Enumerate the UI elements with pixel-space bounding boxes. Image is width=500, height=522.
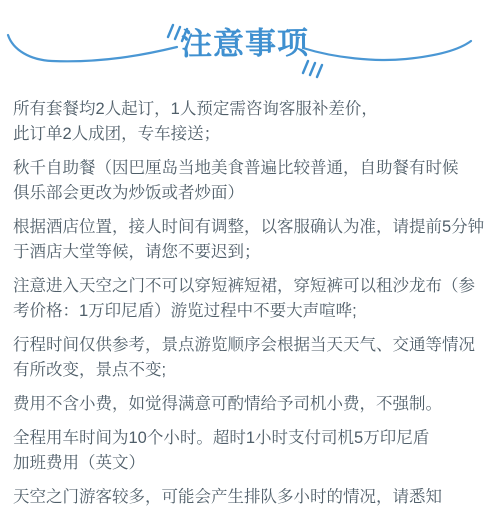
close-quote-icon <box>303 61 322 77</box>
note-item: 秋千自助餐（因巴厘岛当地美食普遍比较普通，自助餐有时候 俱乐部会更改为炒饭或者炒… <box>13 156 488 206</box>
note-item: 所有套餐均2人起订，1人预定需咨询客服补差价， 此订单2人成团，专车接送； <box>13 97 488 147</box>
note-item: 根据酒店位置，接人时间有调整，以客服确认为准，请提前5分钟 于酒店大堂等候，请您… <box>13 215 488 265</box>
note-item: 全程用车时间为10个小时。超时1小时支付司机5万印尼盾 加班费用（英文） <box>13 426 488 476</box>
left-swash-line <box>8 35 177 61</box>
notice-header: 注意事项 <box>0 0 500 90</box>
notes-list: 所有套餐均2人起订，1人预定需咨询客服补差价， 此订单2人成团，专车接送； 秋千… <box>0 90 500 510</box>
note-item: 费用不含小费，如觉得满意可酌情给予司机小费，不强制。 <box>13 392 488 417</box>
note-item: 天空之门游客较多，可能会产生排队多小时的情况，请悉知 <box>13 485 488 510</box>
right-swash-line <box>303 41 471 60</box>
note-item: 注意进入天空之门不可以穿短裤短裙，穿短裤可以租沙龙布（参 考价格：1万印尼盾）游… <box>13 274 488 324</box>
notice-page: 注意事项 所有套餐均2人起订，1人预定需咨询客服补差价， 此订单2人成团，专车接… <box>0 0 500 522</box>
page-title: 注意事项 <box>181 26 309 61</box>
note-item: 行程时间仅供参考，景点游览顺序会根据当天天气、交通等情况 有所改变，景点不变; <box>13 333 488 383</box>
